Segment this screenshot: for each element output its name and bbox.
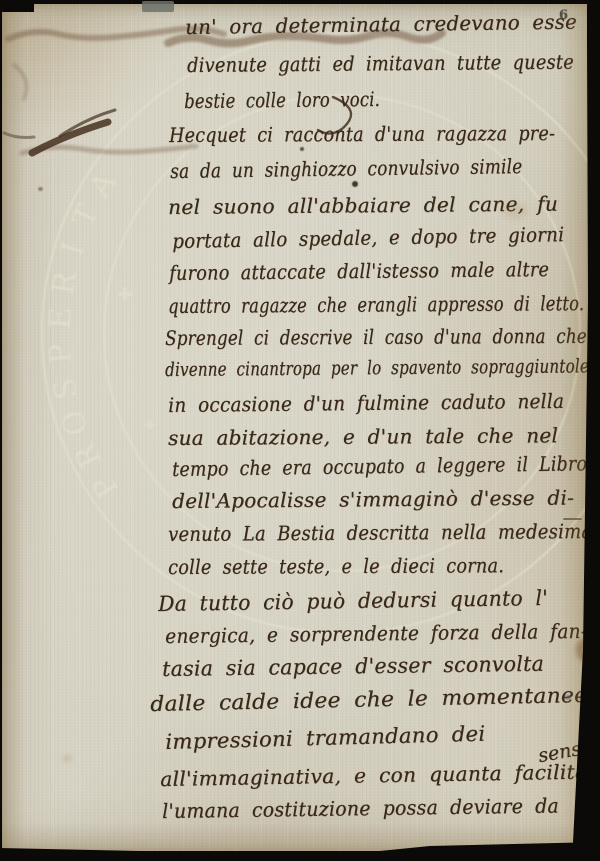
manuscript-line: sua abitazione, e d'un tale che nel: [168, 423, 558, 450]
bleedthrough-stroke: [14, 65, 26, 99]
ink-blot: [300, 147, 304, 151]
flourish-stroke: [32, 122, 108, 153]
watermark-letter: S: [47, 375, 85, 402]
manuscript-line: bestie colle loro voci.: [184, 87, 380, 113]
stain: [62, 755, 72, 762]
manuscript-line: furono attaccate dall'istesso male altre: [169, 257, 549, 285]
manuscript-line: impressioni tramandano dei: [165, 722, 486, 754]
manuscript-line: dell'Apocalisse s'immaginò d'esse di-: [172, 485, 574, 513]
manuscript-line: venuto La Bestia descritta nella medesim…: [168, 519, 590, 546]
scan-background: PROSPERITA un' ora determinata credevano…: [0, 0, 600, 861]
manuscript-line: Sprengel ci descrive il caso d'una donna…: [165, 324, 587, 350]
watermark-letter: E: [43, 306, 79, 330]
manuscript-line: nel suono all'abbaiare del cane, fu: [168, 192, 558, 219]
manuscript-line: energica, e sorprendente forza della fan…: [165, 619, 587, 648]
watermark-letter: I: [55, 238, 92, 260]
manuscript-line: dalle calde idee che le momentanee: [150, 683, 588, 716]
manuscript-line: tempo che era occupato a leggere il Libr…: [172, 451, 587, 481]
manuscript-line: portata allo spedale, e dopo tre giorni: [172, 222, 564, 253]
watermark-letter: R: [67, 436, 109, 473]
manuscript-line: Hecquet ci racconta d'una ragazza pre-: [169, 121, 555, 147]
manuscript-line: divenute gatti ed imitavan tutte queste: [187, 50, 574, 77]
flourish-stroke: [60, 110, 115, 136]
watermark-letters: PROSPERITA: [43, 166, 126, 504]
manuscript-line: Da tutto ciò può dedursi quanto l': [158, 586, 548, 616]
watermark-letter: O: [55, 406, 96, 440]
manuscript-line: un' ora determinata credevano esse: [185, 10, 577, 39]
manuscript-line: l'umana costituzione possa deviare da: [162, 793, 559, 823]
flourish-stroke: [4, 133, 34, 138]
page-number: 6: [559, 8, 569, 23]
watermark-letter: P: [43, 342, 79, 365]
ink-blot: [352, 181, 358, 187]
manuscript-line: quattro ragazze che erangli appresso di …: [168, 291, 584, 318]
manuscript-line: in occasione d'un fulmine caduto nella: [168, 389, 564, 417]
manuscript-line: divenne cinantropa per lo spavento sopra…: [165, 355, 589, 381]
manuscript-line: sa da un singhiozzo convulsivo simile: [170, 154, 523, 183]
manuscript-line: all'immaginativa, e con quanta facilità: [160, 760, 587, 791]
watermark-letter: R: [46, 268, 85, 298]
manuscript-page: PROSPERITA un' ora determinata credevano…: [2, 3, 590, 851]
watermark-letter: T: [66, 199, 106, 232]
watermark-letter: A: [82, 166, 124, 204]
watermark-cross-icon: [145, 420, 155, 430]
watermark-letter: P: [86, 468, 126, 504]
manuscript-line: colle sette teste, e le dieci corna.: [168, 553, 504, 579]
manuscript-line: tasia sia capace d'esser sconvolta: [162, 652, 544, 681]
watermark-cross-icon: [118, 287, 132, 301]
stain: [38, 187, 43, 191]
bleedthrough-stroke: [22, 146, 196, 153]
